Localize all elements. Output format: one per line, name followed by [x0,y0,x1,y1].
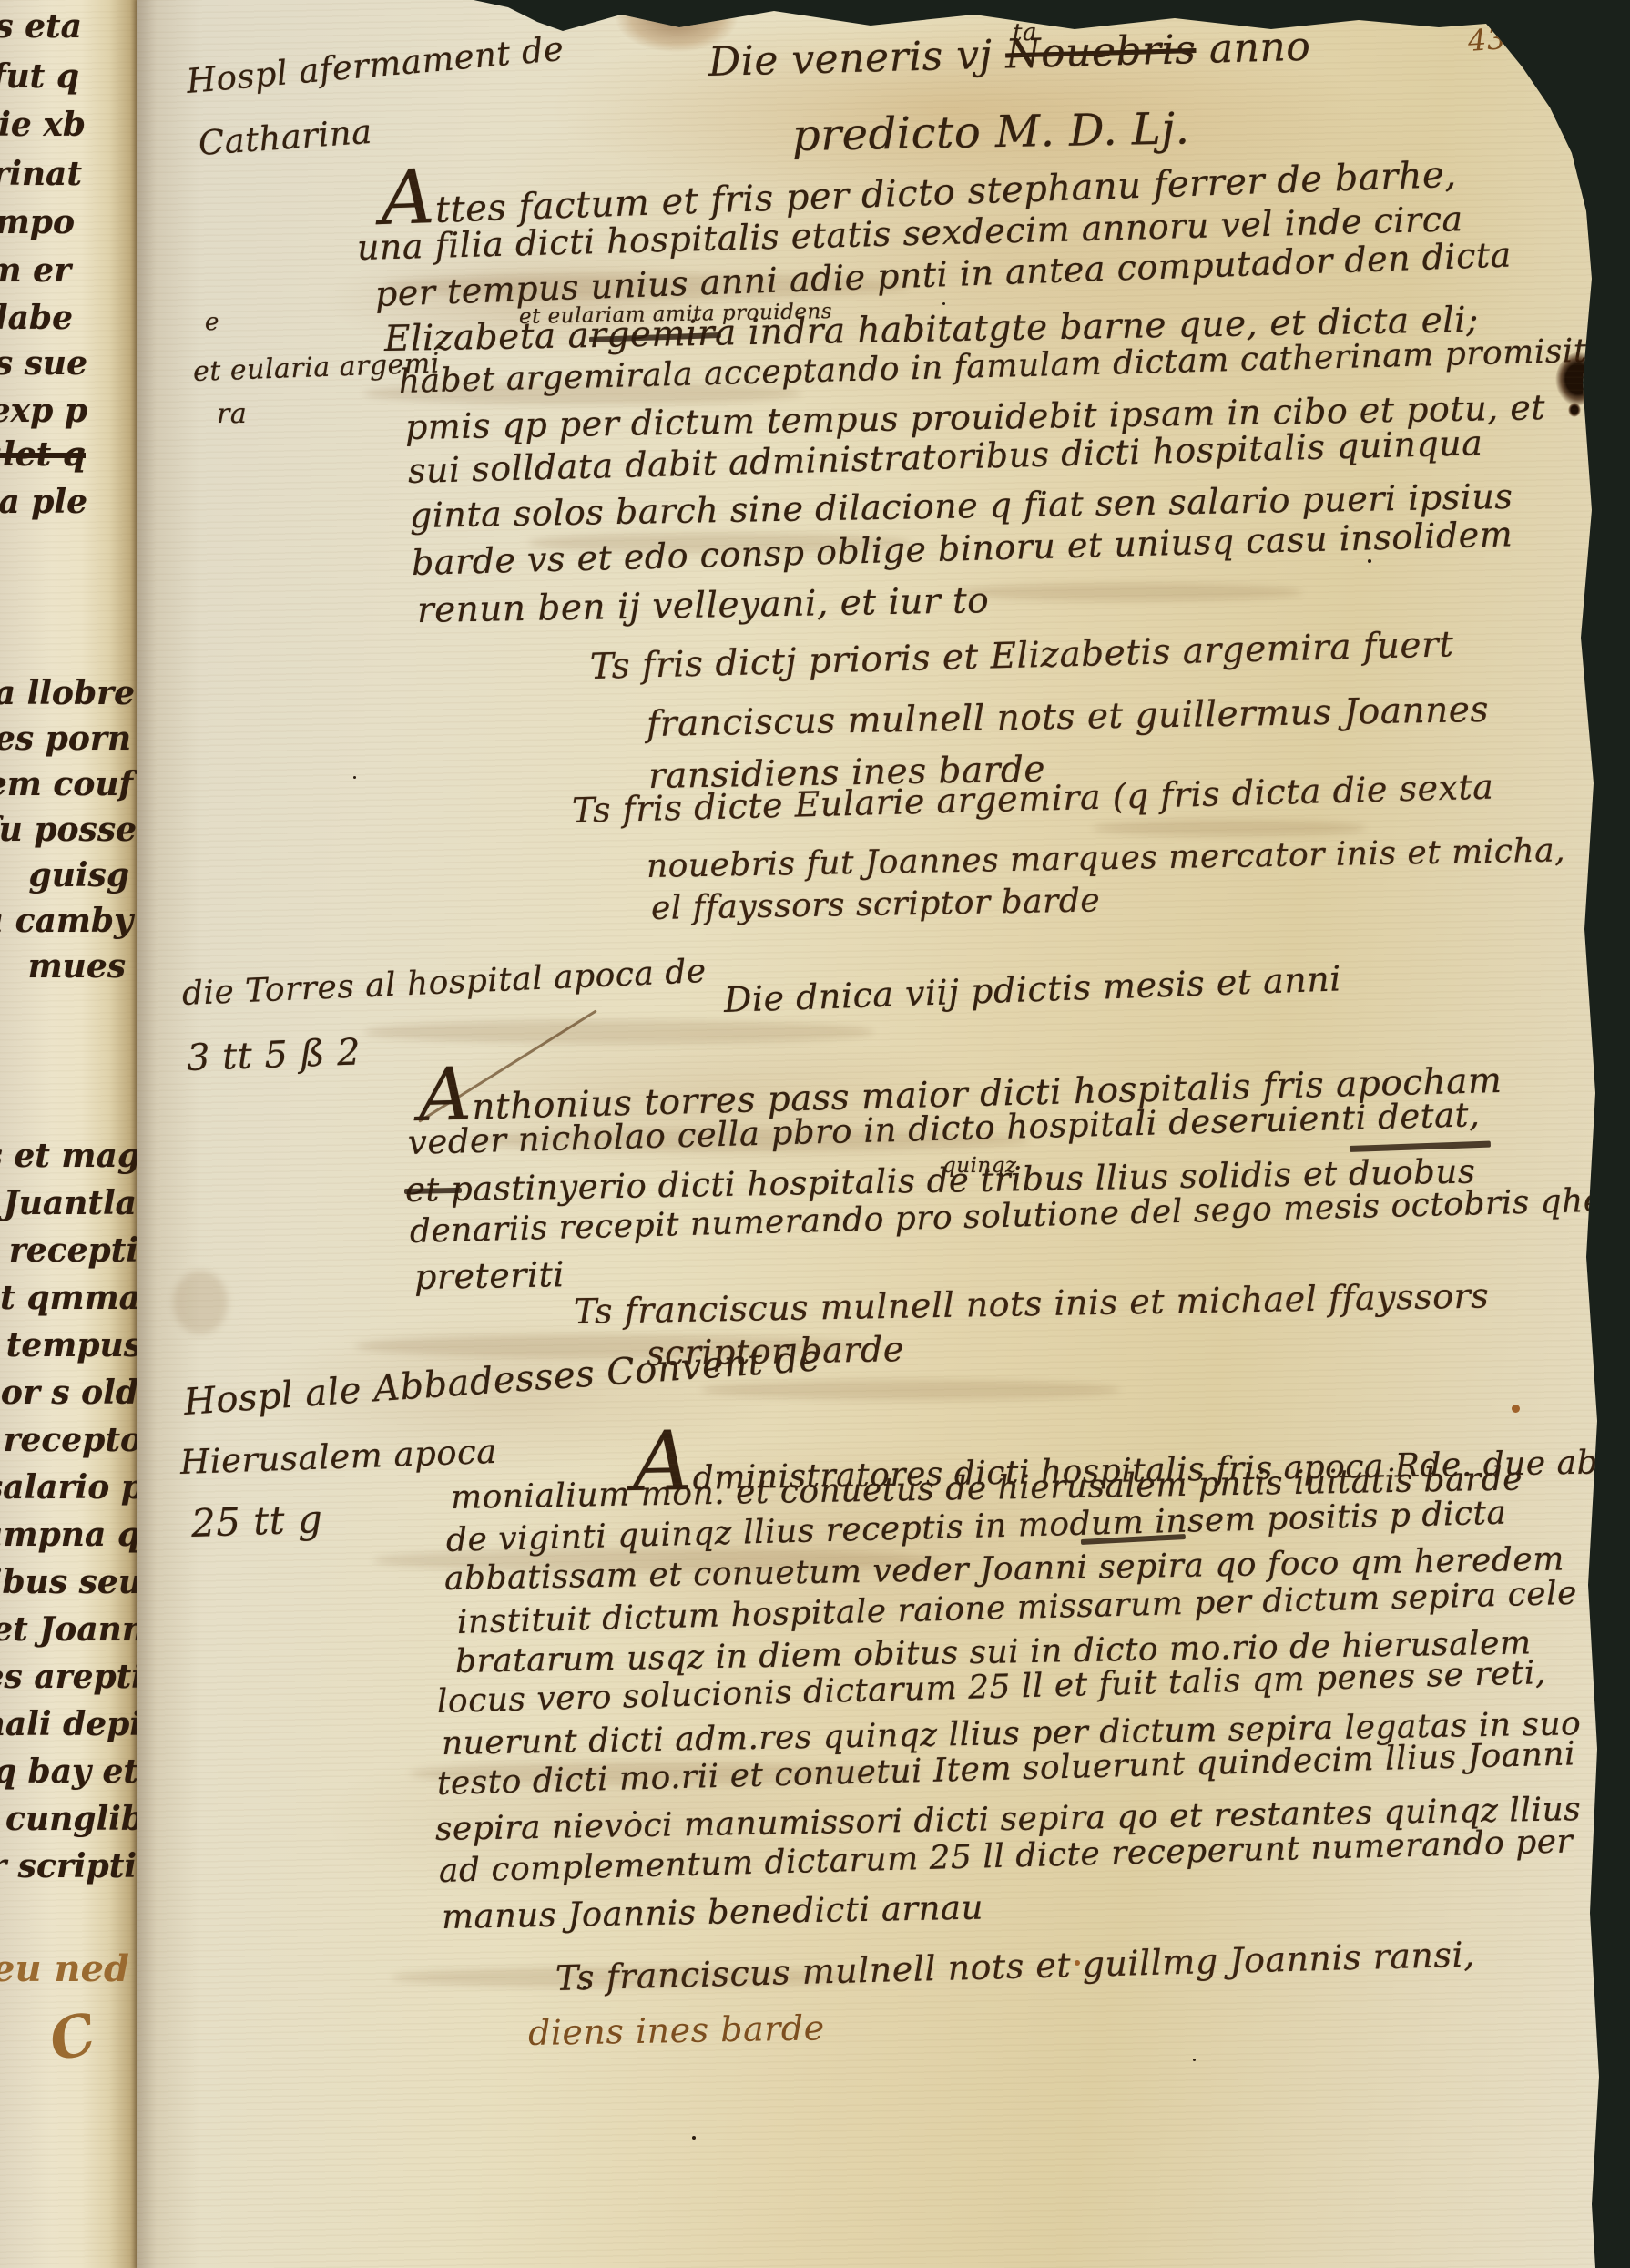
margin-note-entry1-line2: ra [217,399,247,429]
entry1-witness-a-line: Ts fris dictj prioris et Elizabetis arge… [589,626,1453,688]
heading-part2: anno [1208,24,1311,73]
paper-speck [1512,1405,1520,1413]
margin-amount-entry3: 25 tt g [190,1498,323,1545]
paper-speck [583,1986,586,1989]
entry3-body-line: manus Joannis benedicti arnau [442,1890,984,1936]
entry1-date-heading-line1: Die veneris vj Nouebris anno [708,26,1310,86]
entry1-witness-b-line: el ffayssors scriptor barde [651,883,1101,926]
entry1-witness-b-line: nouebris fut Joannes marques mercator in… [647,833,1566,884]
margin-amount-entry2: 3 tt 5 ß 2 [186,1032,361,1078]
bleedthrough-smudge [364,1020,874,1044]
entry1-witness-a-line: franciscus mulnell nots et guillermus Jo… [647,691,1490,745]
entry1-body-line: renun ben ij velleyani, et iur to [417,582,990,631]
margin-title-entry1-line2: Catharina [198,114,373,163]
entry2-body-line: preteriti [414,1256,565,1297]
entry3-witness-line: diens ines barde [528,2009,825,2052]
entry3-witness-line: Ts franciscus mulnell nots et guillmg Jo… [555,1936,1475,1998]
ink-blot-drip [1568,403,1581,417]
page-number: 43 [1467,23,1507,57]
strikethrough-mark [1350,1141,1491,1152]
margin-title-entry3-line2: Hierusalem apoca [179,1434,497,1482]
bleedthrough-smudge [956,583,1302,601]
ink-blot [1555,352,1601,406]
paper-speck [1075,1960,1080,1966]
bleedthrough-smudge [173,1271,228,1334]
paper-speck [353,776,356,779]
manuscript-page: 43 Hospl afermament de Catharina e et eu… [137,0,1630,2268]
strikethrough-mark [404,1188,462,1194]
paper-speck [692,2136,696,2140]
entry2-witness-line: Ts franciscus mulnell nots inis et micha… [574,1277,1490,1331]
entry2-date-heading: Die dnica viij pdictis mesis et anni [723,960,1341,1019]
heading-part1: Die veneris vj [708,32,993,86]
paper-speck [942,302,945,305]
paper-speck [633,1811,637,1814]
margin-note-mark: e [205,310,219,336]
margin-title-entry1-line1: Hospl afermament de [185,31,565,101]
bleedthrough-smudge [1093,820,1366,836]
margin-title-entry2: die Torres al hospital apoca de [181,954,707,1013]
paper-speck [1368,559,1371,563]
paper-speck [1193,2059,1196,2061]
entry1-heading-superscript: ta [1013,20,1037,46]
previous-page-edge [0,0,148,2268]
